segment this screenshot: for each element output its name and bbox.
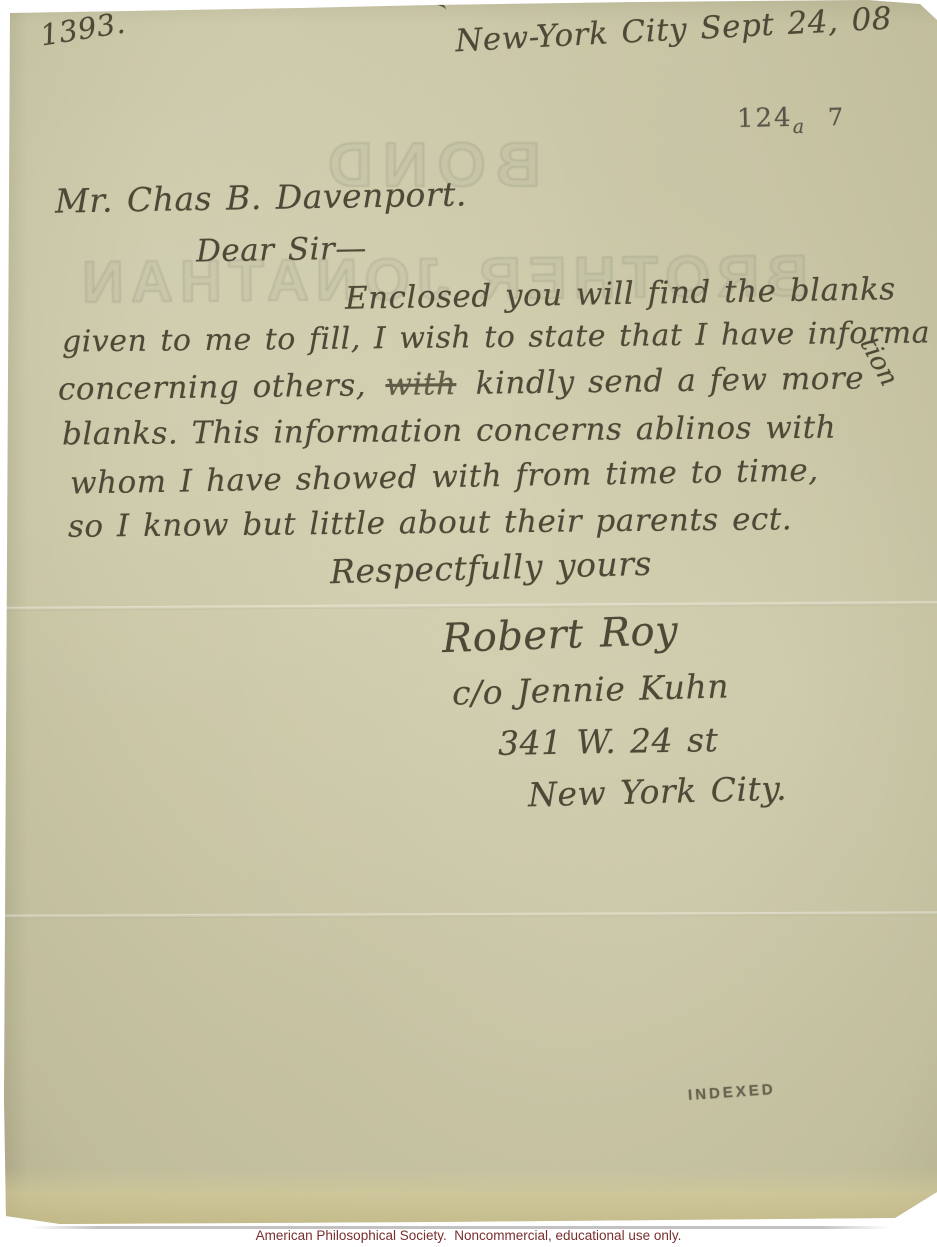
file-number-extra: 7 <box>828 103 846 131</box>
body-line-4: blanks. This information concerns ablino… <box>62 410 836 453</box>
letter-paper: BOND BROTHER JONATHAN 1393. New-York Cit… <box>0 0 937 1247</box>
body-line-3-struck-word: with <box>385 366 456 403</box>
footer-caption: American Philosophical Society. Noncomme… <box>0 1228 937 1243</box>
signature-name: Robert Roy <box>441 608 679 662</box>
signature-care-of: c/o Jennie Kuhn <box>452 666 730 712</box>
recipient-line: Mr. Chas B. Davenport. <box>55 174 467 220</box>
signature-address-line1: 341 W. 24 st <box>498 720 719 763</box>
file-number-sub: a <box>793 116 807 138</box>
body-line-3-pre: concerning others, <box>58 367 367 407</box>
paper-bottom-shading <box>0 1168 937 1224</box>
file-number-main: 124 <box>737 103 793 134</box>
body-line-6: so I know but little about their parents… <box>68 501 792 545</box>
salutation-line: Dear Sir— <box>196 231 367 270</box>
file-number-stamp: 124a7 <box>737 102 846 139</box>
signature-address-line2: New York City. <box>528 769 788 815</box>
body-line-3-post: kindly send a few more <box>475 360 864 401</box>
scanned-letter-page: BOND BROTHER JONATHAN 1393. New-York Cit… <box>0 0 937 1247</box>
